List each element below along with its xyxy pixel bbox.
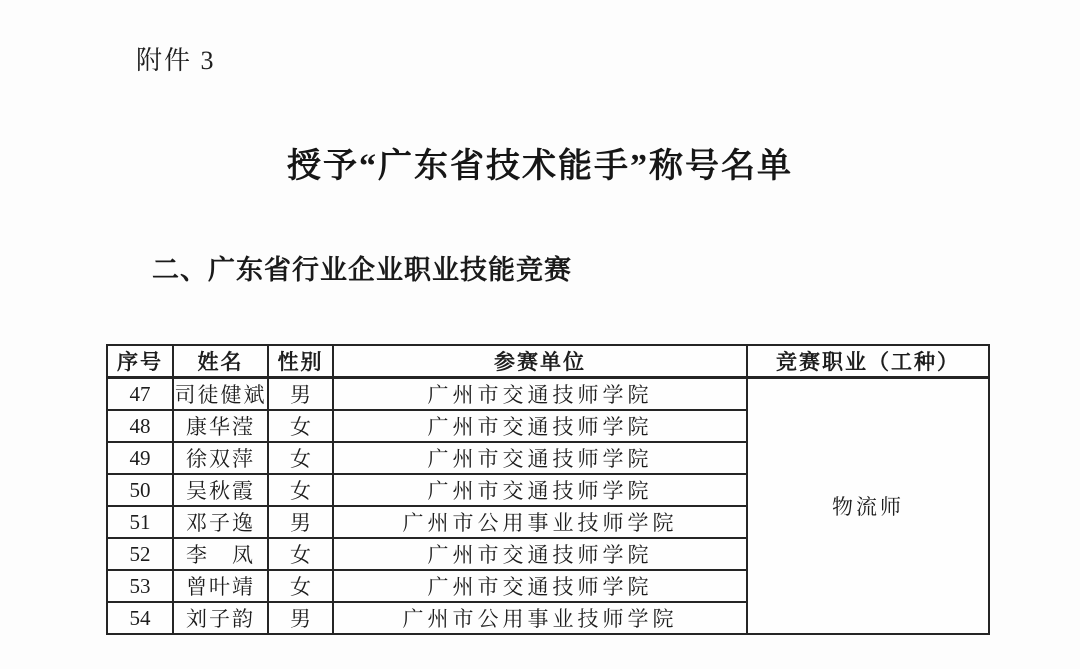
cell-gender: 女 [268,538,333,570]
cell-name: 邓子逸 [173,506,268,538]
cell-unit: 广州市交通技师学院 [333,474,747,506]
cell-gender: 男 [268,506,333,538]
cell-name: 曾叶靖 [173,570,268,602]
cell-gender: 男 [268,378,333,411]
cell-no: 47 [107,378,173,411]
cell-unit: 广州市交通技师学院 [333,410,747,442]
cell-gender: 女 [268,474,333,506]
page-title: 授予“广东省技术能手”称号名单 [0,138,1080,187]
cell-unit: 广州市交通技师学院 [333,570,747,602]
cell-occupation-merged: 物流师 [747,378,989,635]
section-heading: 二、广东省行业企业职业技能竞赛 [152,248,572,287]
col-header-unit: 参赛单位 [333,345,747,378]
cell-no: 49 [107,442,173,474]
cell-unit: 广州市交通技师学院 [333,442,747,474]
col-header-name: 姓名 [173,345,268,378]
cell-no: 48 [107,410,173,442]
cell-name: 康华滢 [173,410,268,442]
cell-gender: 女 [268,570,333,602]
cell-unit: 广州市交通技师学院 [333,538,747,570]
col-header-gender: 性别 [268,345,333,378]
table-body: 47 司徒健斌 男 广州市交通技师学院 物流师 48 康华滢 女 广州市交通技师… [107,378,989,635]
header-row: 序号 姓名 性别 参赛单位 竞赛职业（工种） [107,345,989,378]
cell-gender: 男 [268,602,333,634]
cell-no: 50 [107,474,173,506]
cell-unit: 广州市公用事业技师学院 [333,506,747,538]
cell-name: 吴秋霞 [173,474,268,506]
table-header: 序号 姓名 性别 参赛单位 竞赛职业（工种） [107,345,989,378]
cell-unit: 广州市公用事业技师学院 [333,602,747,634]
cell-no: 54 [107,602,173,634]
cell-no: 51 [107,506,173,538]
awardees-table: 序号 姓名 性别 参赛单位 竞赛职业（工种） 47 司徒健斌 男 广州市交通技师… [106,344,990,635]
col-header-occupation: 竞赛职业（工种） [747,345,989,378]
cell-name: 司徒健斌 [173,378,268,411]
cell-name: 刘子韵 [173,602,268,634]
col-header-no: 序号 [107,345,173,378]
cell-no: 52 [107,538,173,570]
cell-unit: 广州市交通技师学院 [333,378,747,411]
cell-no: 53 [107,570,173,602]
attachment-label: 附件 3 [136,40,216,77]
cell-gender: 女 [268,442,333,474]
cell-name: 徐双萍 [173,442,268,474]
cell-name: 李 凤 [173,538,268,570]
cell-gender: 女 [268,410,333,442]
document-page: 附件 3 授予“广东省技术能手”称号名单 二、广东省行业企业职业技能竞赛 序号 … [0,0,1080,669]
table-row: 47 司徒健斌 男 广州市交通技师学院 物流师 [107,378,989,411]
